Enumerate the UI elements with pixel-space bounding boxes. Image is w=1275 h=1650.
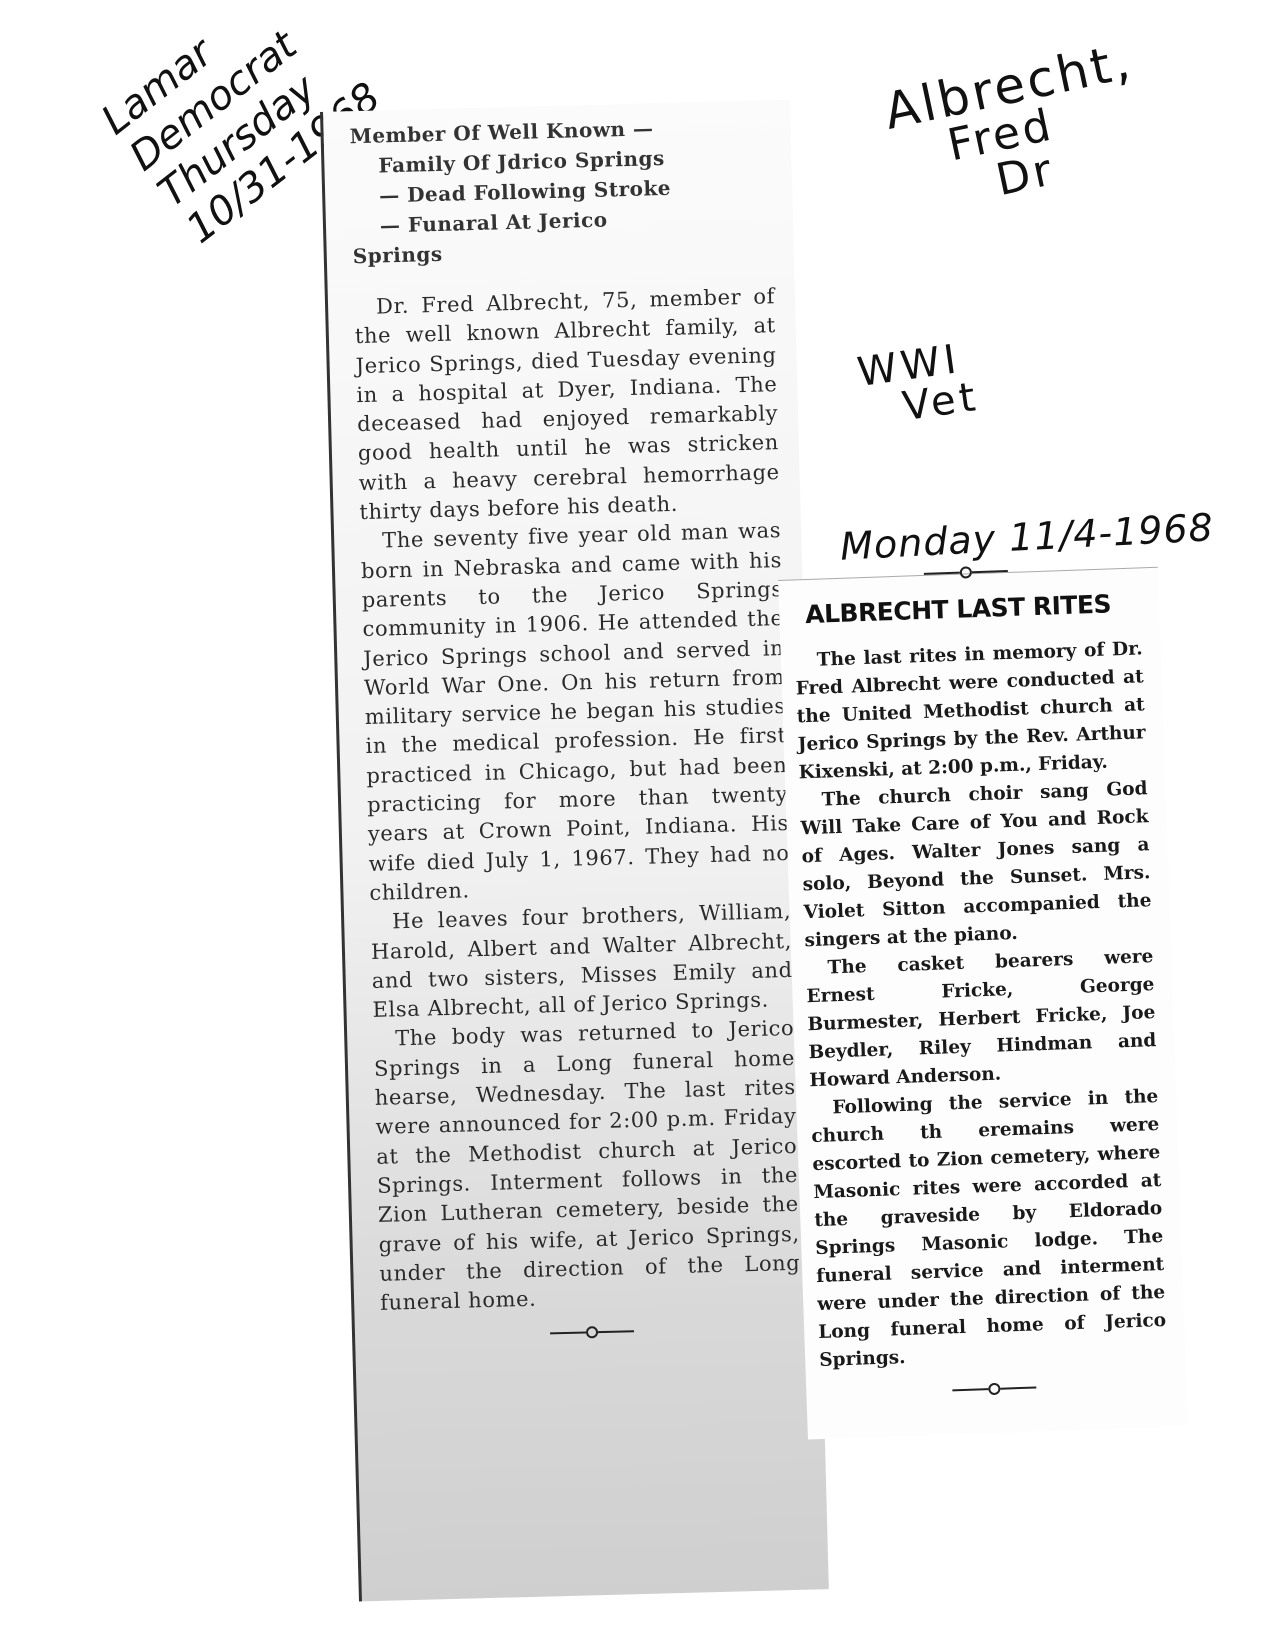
last-rites-clipping: ALBRECHT LAST RITES The last rites in me…	[778, 567, 1188, 1440]
last-rites-headline: ALBRECHT LAST RITES	[805, 588, 1142, 629]
obituary-headline: Member Of Well Known — Family Of Jdrico …	[349, 110, 774, 271]
end-divider	[381, 1321, 802, 1344]
obituary-paragraph: Dr. Fred Albrecht, 75, member of the wel…	[354, 282, 781, 527]
note-line: Monday 11/4-1968	[839, 508, 1214, 566]
obituary-paragraph: The seventy five year old man was born i…	[360, 516, 791, 908]
obituary-paragraph: He leaves four brothers, William, Harold…	[370, 897, 794, 1025]
last-rites-paragraph: The church choir sang God Will Take Care…	[799, 775, 1153, 955]
obituary-clipping: Member Of Well Known — Family Of Jdrico …	[320, 100, 829, 1602]
end-divider	[820, 1377, 1168, 1401]
handwritten-name-note: Albrecht, Fred Dr	[880, 36, 1155, 223]
note-line: Vet	[900, 377, 981, 427]
handwritten-date-note: Monday 11/4-1968	[839, 508, 1214, 566]
handwritten-veteran-note: WWI Vet	[855, 337, 982, 432]
obituary-paragraph: The body was returned to Jerico Springs …	[373, 1014, 802, 1318]
last-rites-paragraph: The last rites in memory of Dr. Fred Alb…	[794, 635, 1147, 787]
last-rites-paragraph: Following the service in the church th e…	[810, 1083, 1168, 1375]
last-rites-paragraph: The casket bearers were Ernest Fricke, G…	[805, 943, 1158, 1095]
